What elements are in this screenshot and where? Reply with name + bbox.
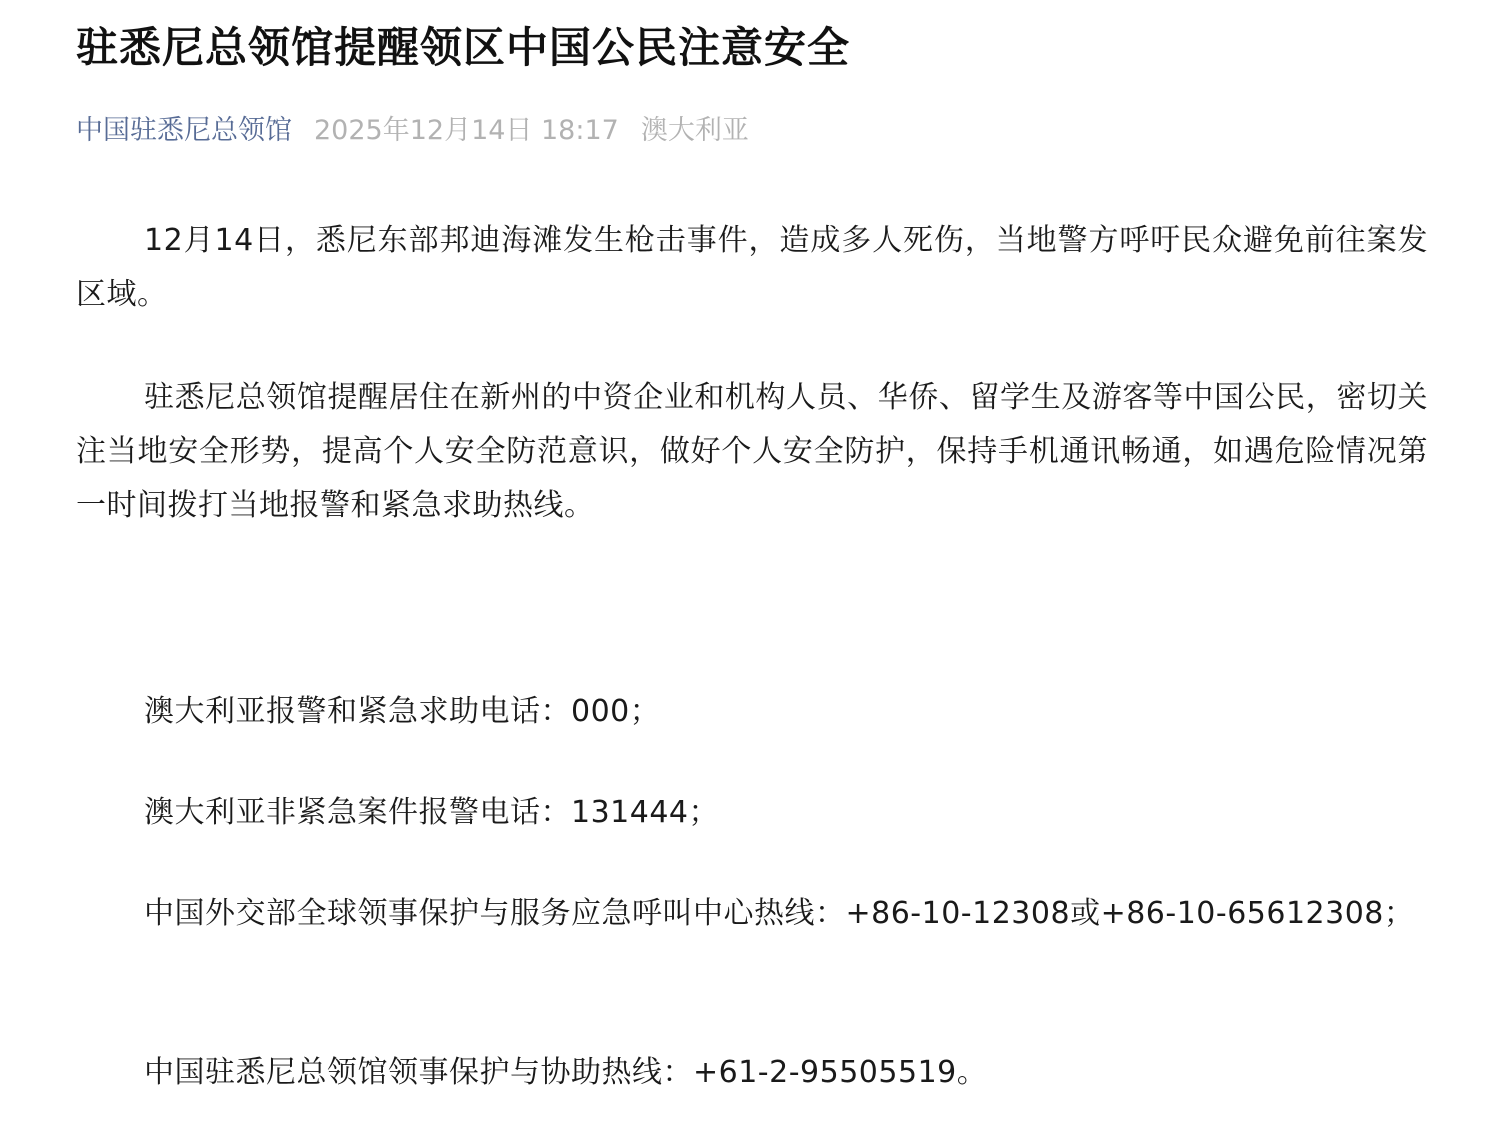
contact-line-mfa-hotline: 中国外交部全球领事保护与服务应急呼叫中心热线：+86-10-12308或+86-… [76,887,1428,941]
body-paragraph: 驻悉尼总领馆提醒居住在新州的中资企业和机构人员、华侨、留学生及游客等中国公民，密… [76,371,1428,533]
article-meta: 中国驻悉尼总领馆2025年12月14日 18:17澳大利亚 [76,112,749,150]
article-title: 驻悉尼总领馆提醒领区中国公民注意安全 [76,20,850,76]
publish-time: 2025年12月14日 18:17 [314,115,619,146]
contact-line-non-emergency: 澳大利亚非紧急案件报警电话：131444； [76,786,1428,840]
body-paragraph: 12月14日，悉尼东部邦迪海滩发生枪击事件，造成多人死伤，当地警方呼吁民众避免前… [76,214,1428,322]
contact-line-consulate-hotline: 中国驻悉尼总领馆领事保护与协助热线：+61-2-95505519。 [76,1046,1428,1100]
publish-region: 澳大利亚 [641,115,749,146]
contact-line-emergency: 澳大利亚报警和紧急求助电话：000； [76,685,1428,739]
account-name-link[interactable]: 中国驻悉尼总领馆 [76,115,292,146]
